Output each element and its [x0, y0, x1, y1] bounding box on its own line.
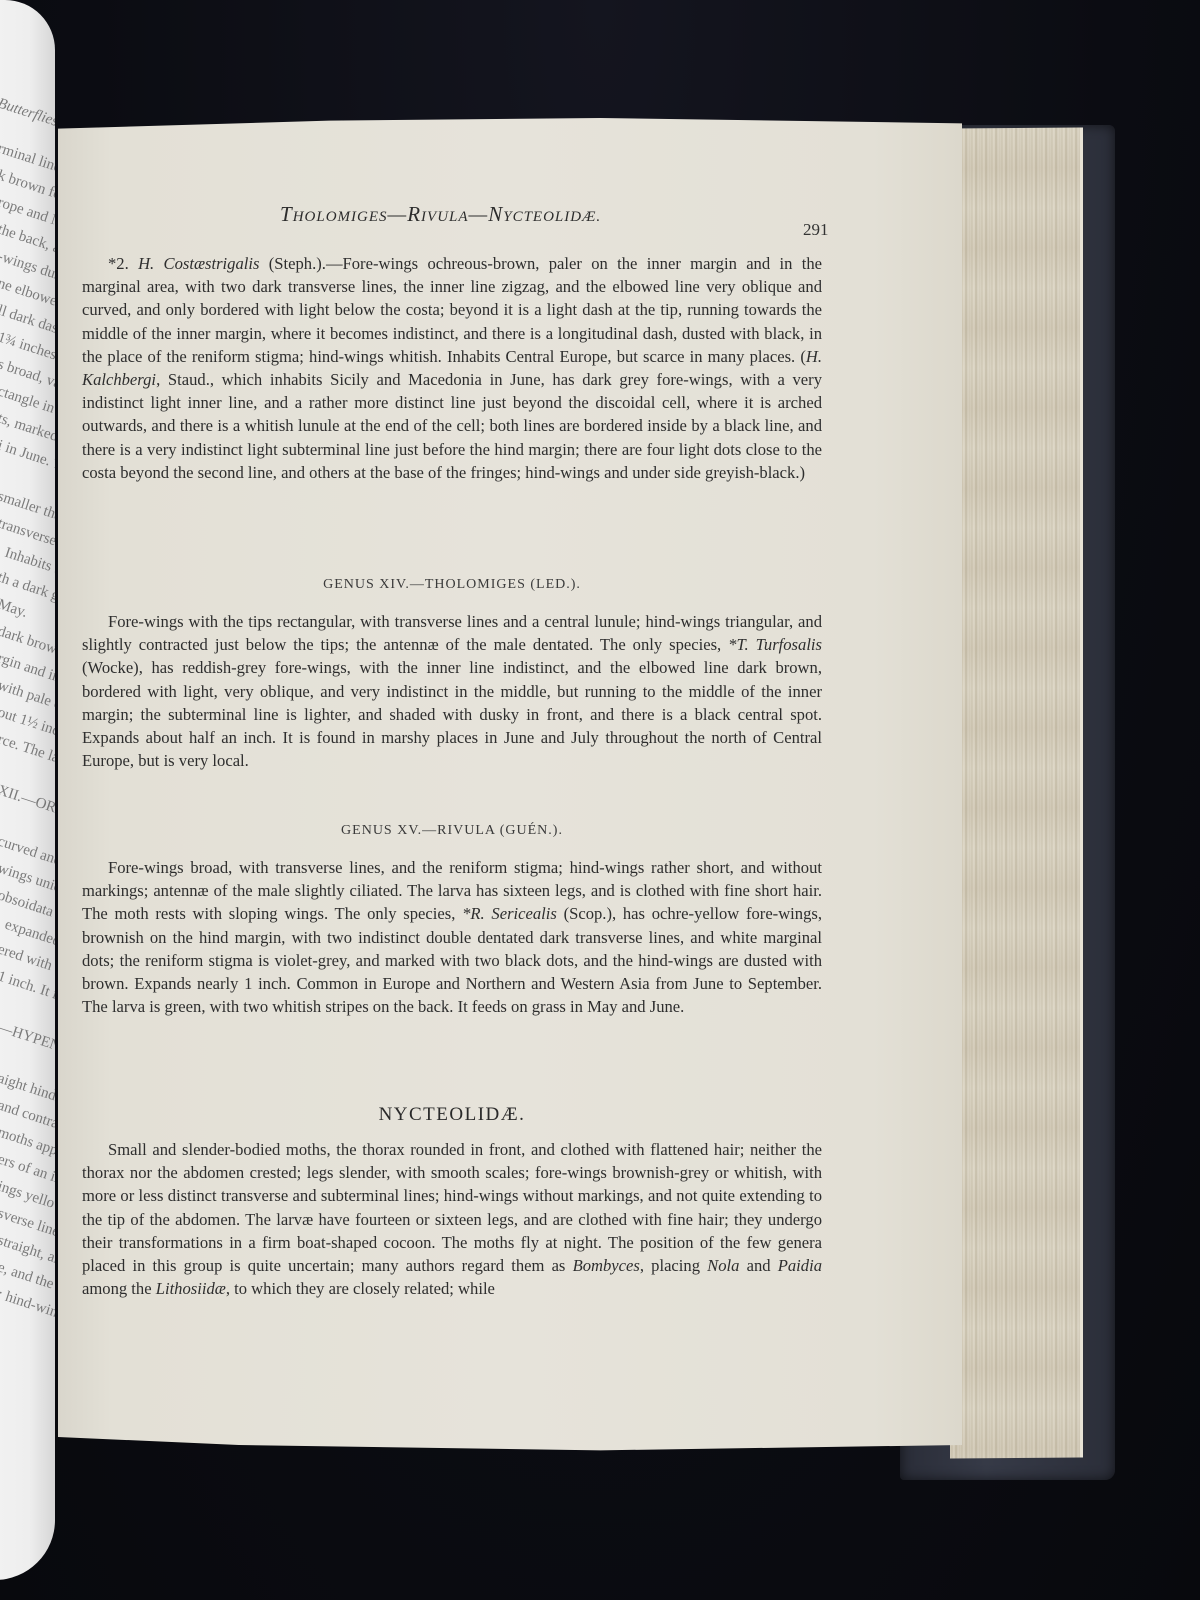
species-name: *R. Sericealis: [462, 904, 557, 923]
facing-page-text-fragment: May.: [0, 596, 29, 622]
entry-text: , Staud., which inhabits Sicily and Mace…: [82, 370, 822, 482]
facing-page-text-fragment: 1 inch. It inhabits: [0, 968, 55, 1017]
facing-page-text-fragment: i in June. The: [0, 437, 55, 478]
taxon-name: Nola: [707, 1256, 739, 1275]
rh-cap: T: [280, 202, 293, 226]
family-heading-nycteolidae: NYCTEOLIDÆ.: [82, 1104, 822, 1126]
rh-smallcaps: HOLOMIGES: [293, 209, 388, 225]
genus-heading-xiv: GENUS XIV.—THOLOMIGES (LED.).: [82, 577, 822, 593]
rh-sep: —: [388, 202, 408, 226]
rh-cap: R: [407, 202, 421, 226]
rh-smallcaps: YCTEOLIDÆ.: [503, 209, 601, 225]
species-author: (Steph.).: [269, 254, 326, 273]
species-name: *T. Turfosalis: [728, 635, 822, 654]
genus-heading-xv: GENUS XV.—RIVULA (GUÉN.).: [82, 823, 822, 839]
genus-text: Fore-wings with the tips rectangular, wi…: [82, 612, 822, 654]
genus-text: (Wocke), has reddish-grey fore-wings, wi…: [82, 658, 822, 770]
taxon-name: Lithosiidæ: [156, 1279, 226, 1298]
taxon-name: Bombyces: [573, 1256, 640, 1275]
facing-page-left: Butterflies and rminal line, andk brown …: [0, 0, 55, 1580]
rh-cap: N: [488, 202, 503, 226]
family-text: and: [739, 1256, 777, 1275]
rh-smallcaps: IVULA: [421, 209, 469, 225]
family-text: , to which they are closely related; whi…: [226, 1279, 495, 1298]
rh-sep: —: [469, 202, 489, 226]
family-description-nycteolidae: Small and slender-bodied moths, the thor…: [82, 1138, 822, 1300]
family-text: , placing: [640, 1256, 707, 1275]
running-head: THOLOMIGES—RIVULA—NYCTEOLIDÆ.: [280, 202, 601, 227]
facing-page-text-fragment: rce. The larva: [0, 731, 55, 773]
genus-description-rivula: Fore-wings broad, with transverse lines,…: [82, 856, 822, 1018]
family-text: among the: [82, 1279, 156, 1298]
facing-page-running-head: Butterflies and: [0, 95, 55, 139]
genus-description-tholomiges: Fore-wings with the tips rectangular, wi…: [82, 610, 822, 772]
species-entry-costaestrigalis: *2. H. Costæstrigalis (Steph.).—Fore-win…: [82, 252, 822, 484]
page-number: 291: [803, 220, 829, 240]
page-edges-stack: [950, 128, 1083, 1459]
entry-marker: *2.: [108, 254, 129, 273]
species-name: H. Costæstrigalis: [138, 254, 259, 273]
taxon-name: Paidia: [778, 1256, 822, 1275]
family-text: Small and slender-bodied moths, the thor…: [82, 1140, 822, 1275]
